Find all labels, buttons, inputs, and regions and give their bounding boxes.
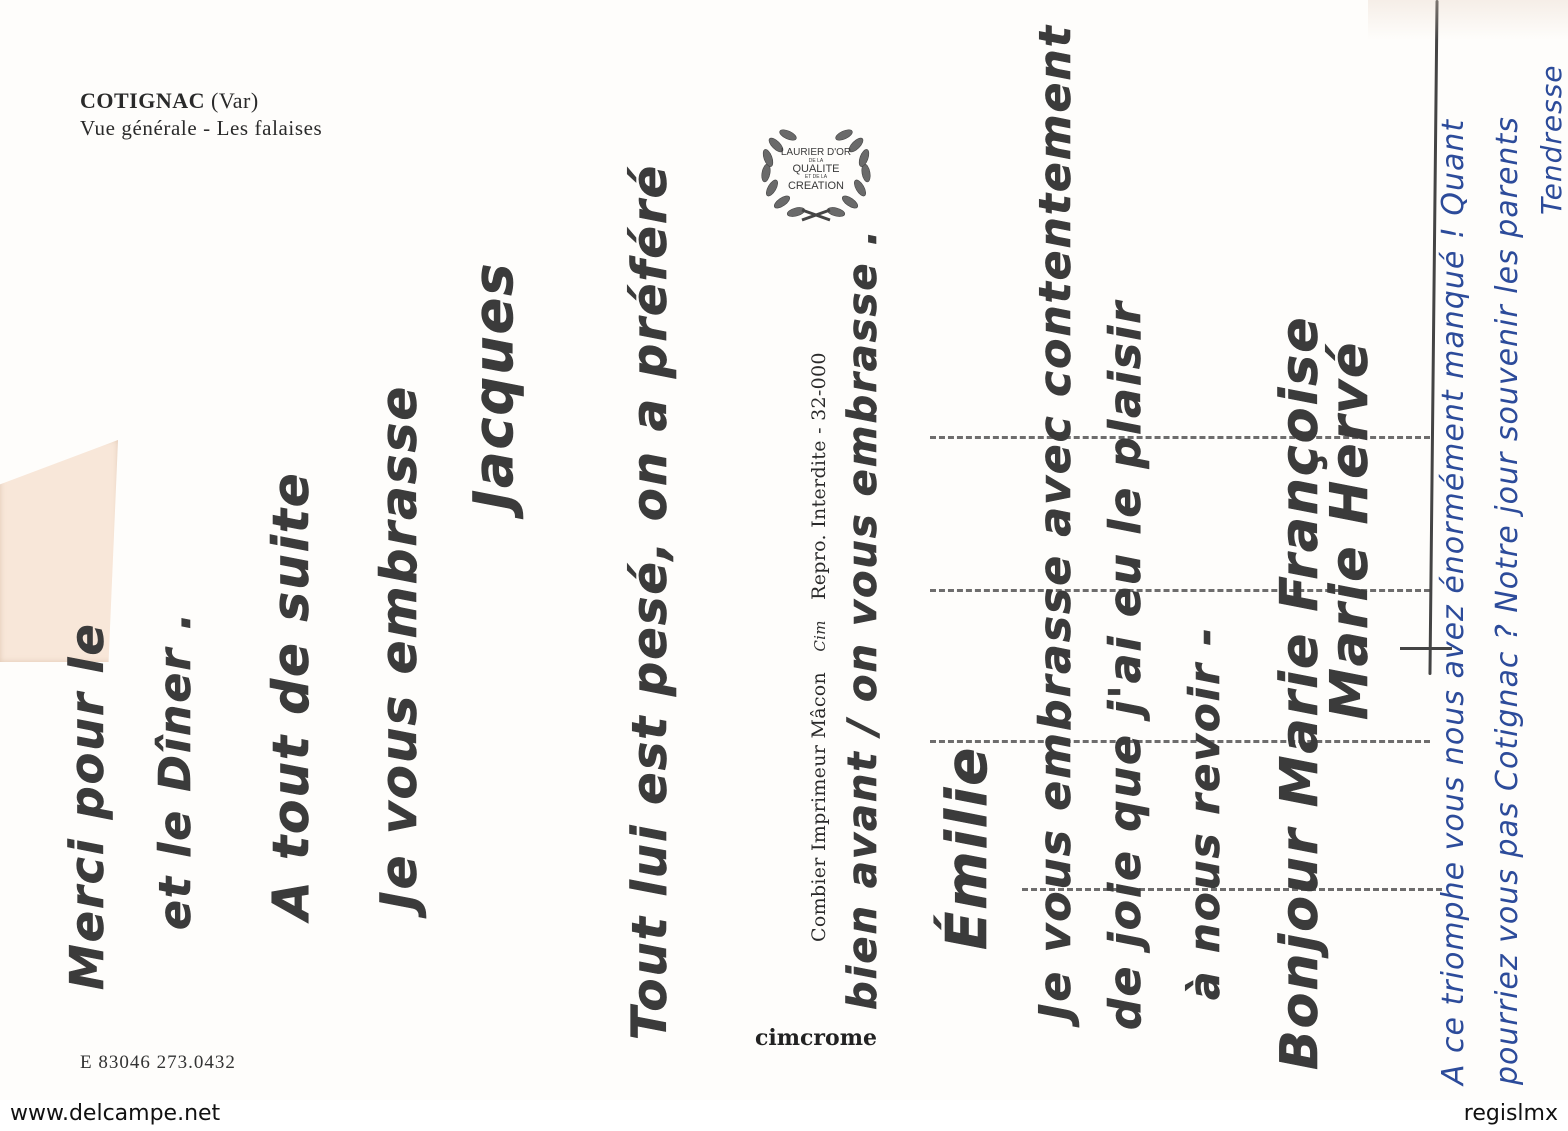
handwriting-ink-column: pourriez vous pas Cotignac ? Notre jour …	[1490, 116, 1525, 1085]
handwriting-column: et le Dîner .	[150, 611, 201, 930]
postcard-back: COTIGNAC (Var) Vue générale - Les falais…	[0, 0, 1568, 1100]
reference-code: E 83046 273.0432	[80, 1052, 236, 1074]
caption-subtitle: Vue générale - Les falaises	[80, 116, 322, 141]
handwriting-ink-column: Tendresse	[1535, 64, 1568, 215]
reproduction-notice: Repro. Interdite - 32-000	[808, 352, 830, 600]
handwriting-signature: Marie Hervé	[1320, 341, 1380, 720]
handwriting-column: Je vous embrasse avec contentement	[1030, 24, 1081, 1020]
printer-name: Combier Imprimeur Mâcon	[808, 672, 830, 942]
handwriting-column: bien avant / on vous embrasse .	[840, 228, 886, 1010]
caption-town: COTIGNAC	[80, 88, 205, 113]
seal-text: LAURIER D'OR DE LA QUALITE ET DE LA CREA…	[752, 148, 880, 192]
handwriting-column: A tout de suite	[262, 471, 320, 920]
brand-name: cimcrome	[755, 1025, 877, 1051]
watermark-bar: www.delcampe.net regislmx	[0, 1100, 1568, 1131]
handwriting-ink-column: A ce triomphe vous nous avez énormément …	[1436, 119, 1471, 1085]
caption-title: COTIGNAC (Var)	[80, 88, 322, 114]
handwriting-column: de joie que j'ai eu le plaisir	[1100, 300, 1151, 1030]
watermark-left: www.delcampe.net	[10, 1101, 220, 1126]
address-line-4	[1022, 888, 1442, 891]
printer-mark: Cim	[811, 620, 829, 651]
handwriting-column: Tout lui est pesé, on a préféré	[622, 164, 678, 1040]
watermark-right: regislmx	[1464, 1101, 1558, 1126]
caption-region: (Var)	[211, 88, 259, 113]
handwriting-signature: Émilie	[935, 746, 1000, 950]
handwriting-column: à nous revoir -	[1180, 626, 1229, 1000]
printer-imprint: Combier Imprimeur Mâcon Cim Repro. Inter…	[808, 352, 830, 942]
quality-seal: LAURIER D'OR DE LA QUALITE ET DE LA CREA…	[752, 118, 880, 228]
handwriting-column: Je vous embrasse	[370, 385, 428, 910]
handwriting-signature: Jacques	[462, 262, 525, 510]
postcard-caption: COTIGNAC (Var) Vue générale - Les falais…	[80, 88, 322, 141]
handwriting-column: Merci pour le	[60, 622, 114, 990]
